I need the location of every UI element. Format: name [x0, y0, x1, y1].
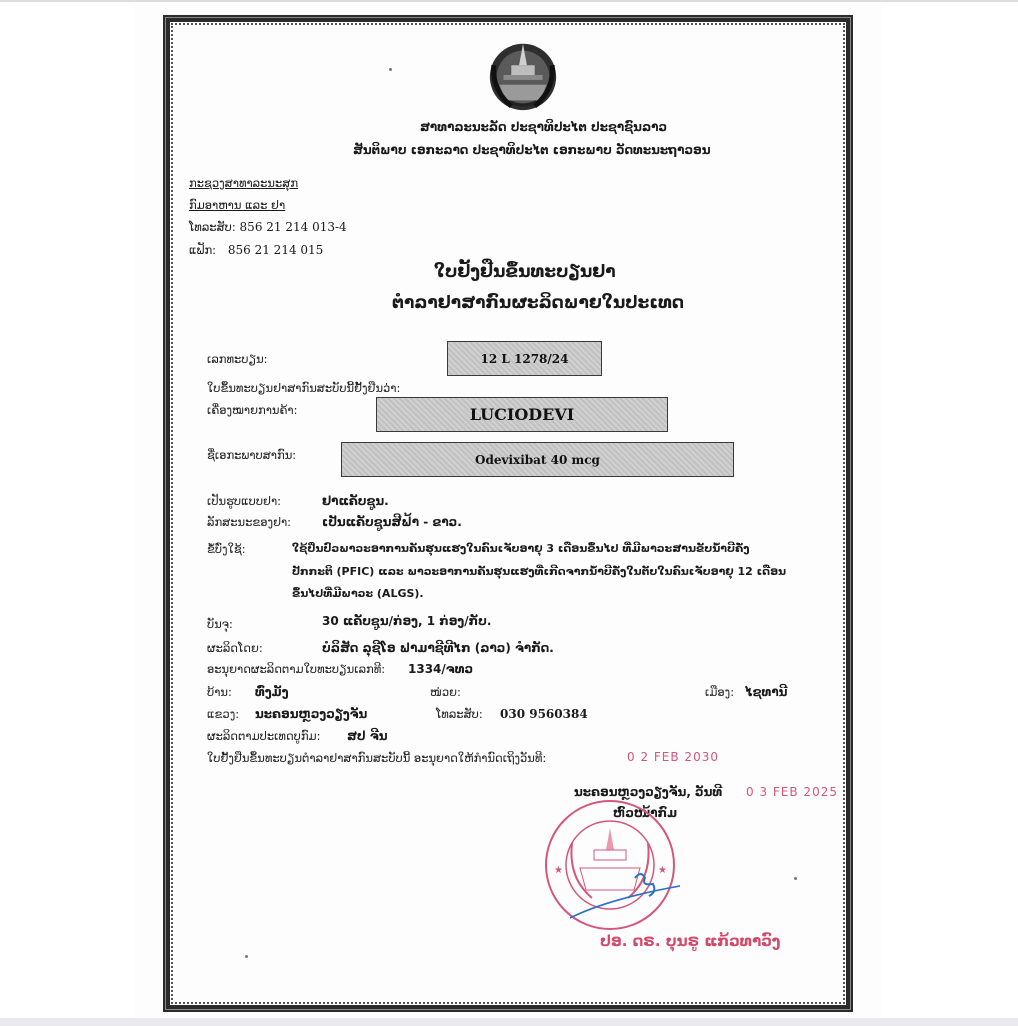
indication-line1: ໃຊ້ປິ່ນປົວພາວະອາການຄັນຮຸນແຮງໃນຄົນເຈັບອາຍ… [292, 542, 750, 555]
document-border [163, 15, 853, 1012]
mfr-phone-label: ໂທລະສັບ: [436, 707, 483, 721]
fax-label: ແຟັກ: [189, 243, 216, 257]
license-value: 1334/ຈທວ [408, 662, 473, 676]
indication-line2: ປັກກະຕິ (PFIC) ແລະ ພາວະອາການຄັນຮຸນແຮງທີ່… [292, 565, 786, 578]
package-label: ບັນຈຸ: [207, 617, 233, 631]
national-motto-line1: ສາທາລະນະລັດ ປະຊາທິປະໄຕ ປະຊາຊົນລາວ [420, 120, 667, 134]
document-title-line2: ຕຳລາຢາສາກົນຜະລິດພາຍໃນປະເທດ [392, 293, 684, 313]
form-value: ຢາແຄັບຊູນ. [322, 494, 389, 508]
speck [245, 955, 248, 958]
ministry-name: ກະຊວງສາທາລະນະສຸກ [189, 176, 298, 190]
unit-label: ໜ່ວຍ: [430, 685, 461, 699]
district-value: ໄຊທານີ [745, 685, 787, 699]
village-label: ບ້ານ: [207, 685, 232, 699]
speck [794, 877, 797, 880]
issue-date-stamp: 0 3 FEB 2025 [746, 785, 838, 799]
issuer-fax: ແຟັກ: 856 21 214 015 [189, 243, 323, 257]
brand-label: ເຄື່ອງໝາຍການຄ້າ: [207, 403, 297, 417]
viewer-top-edge [0, 0, 1018, 2]
phone-label: ໂທລະສັບ: [189, 220, 236, 234]
indication-line3: ຂຶ້ນໄປທີ່ມີພາວະ (ALGS). [292, 587, 424, 600]
speck [389, 68, 392, 71]
country-value: ສປ ຈີນ [347, 729, 388, 743]
indication-label: ຂໍ້ບົ່ງໃຊ້: [207, 542, 246, 556]
appearance-label: ລັກສະນະຂອງຢາ: [207, 515, 291, 529]
lao-national-emblem-icon [484, 36, 562, 114]
brand-name-box: LUCIODEVI [376, 397, 668, 432]
country-label: ຜະລິດຕາມປະເທດບູກົມ: [207, 729, 321, 743]
district-label: ເມືອງ: [705, 685, 734, 699]
appearance-value: ເປັນແຄັບຊູນສີຟ້າ - ຂາວ. [322, 515, 462, 529]
fax-value: 856 21 214 015 [228, 243, 323, 257]
package-value: 30 ແຄັບຊູນ/ກ່ອງ, 1 ກ່ອງ/ກັບ. [322, 614, 491, 628]
svg-text:★: ★ [658, 865, 667, 876]
svg-text:★: ★ [554, 865, 563, 876]
generic-name-box: Odevixibat 40 mcg [341, 442, 734, 477]
village-value: ທົ່ງມັງ [255, 685, 289, 699]
phone-value: 856 21 214 013-4 [240, 220, 347, 234]
national-motto-line2: ສັນຕິພາບ ເອກະລາດ ປະຊາທິປະໄຕ ເອກະພາບ ວັດທ… [353, 143, 710, 157]
place-date-text: ນະຄອນຫຼວງວຽງຈັນ, ວັນທີ [574, 785, 722, 799]
document-title-line1: ໃບຢັ້ງຢືນຂຶ້ນທະບຽນຢາ [434, 262, 616, 282]
province-label: ແຂວງ: [207, 707, 239, 721]
signer-name: ປອ. ດຣ. ບຸນຣູ ແກ້ວທາວົງ [600, 932, 780, 950]
validity-text: ໃບຢັ້ງຢືນຂຶ້ນທະບຽນຕຳລາຢາສາກົນສະບັບນີ້ ອະ… [207, 751, 546, 765]
validity-date-stamp: 0 2 FEB 2030 [627, 750, 719, 764]
mfr-phone-value: 030 9560384 [500, 707, 588, 721]
form-label: ເປັນຮູບແບບຢາ: [207, 494, 281, 508]
viewer-bottom-edge [0, 1018, 1018, 1026]
license-label: ອະນຸຍາດຜະລິດຕາມໃບທະບຽນເລກທີ: [207, 662, 385, 676]
generic-label: ຊື່ເອກະພາບສາກົນ: [207, 448, 296, 462]
manufacturer-value: ບໍລິສັດ ລຸຊີໂອ ຟາມາຊີທີໄກ (ລາວ) ຈຳກັດ. [322, 641, 554, 655]
official-seal-icon: ★ ★ [540, 798, 680, 933]
department-name: ກົມອາຫານ ແລະ ຢາ [189, 198, 285, 212]
issuer-phone: ໂທລະສັບ: 856 21 214 013-4 [189, 220, 347, 234]
province-value: ນະຄອນຫຼວງວຽງຈັນ [255, 707, 367, 721]
certify-text: ໃບຂຶ້ນທະບຽນຢາສາກົນສະບັບນີ້ຢັ້ງຢືນວ່າ: [207, 381, 400, 395]
reg-no-label: ເລກທະບຽນ: [207, 352, 268, 366]
manufacturer-label: ຜະລິດໂດຍ: [207, 641, 263, 655]
reg-no-box: 12 L 1278/24 [447, 341, 602, 376]
